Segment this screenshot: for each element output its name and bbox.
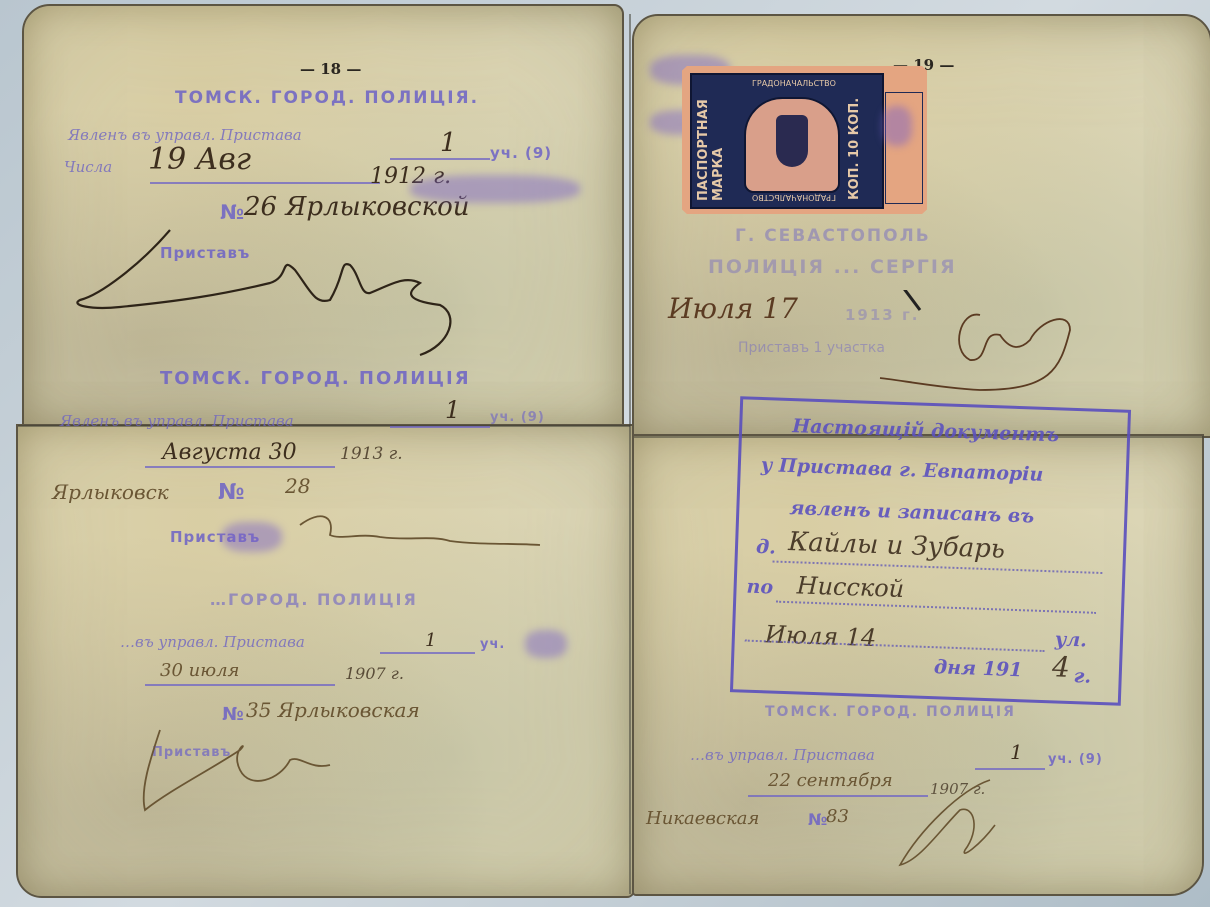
precinct-suffix: уч. (9) — [490, 144, 552, 162]
handwritten-number: 83 — [826, 806, 849, 827]
signature-1 — [60, 215, 480, 365]
handwritten-year: 1913 г. — [340, 444, 403, 464]
stamp-underline — [150, 182, 380, 184]
handwritten-street: Ярлыковск — [52, 480, 169, 504]
box-stamp-line: у Пристава г. Евпаторіи — [761, 454, 1044, 486]
signature-3 — [130, 710, 390, 820]
stamp-value-text: КОП. 10 КОП. — [847, 85, 862, 200]
page-number-18: — 18 — — [300, 60, 361, 78]
handwritten-date: Июля 14 — [765, 620, 877, 652]
ink-smudge — [222, 522, 282, 552]
precinct-suffix: уч. (9) — [1048, 752, 1103, 767]
signature-4 — [860, 290, 1100, 400]
handwritten-date: Июля 17 — [668, 292, 798, 325]
box-stamp-suffix: ул. — [1055, 628, 1088, 651]
handwritten-year: 1907 г. — [345, 664, 404, 683]
box-stamp-prefix: д. — [756, 536, 777, 559]
handwritten-date: 22 сентября — [768, 770, 893, 791]
faded-stamp-line: Г. СЕВАСТОПОЛЬ — [735, 226, 931, 246]
number-label: № — [218, 480, 246, 505]
stamp-title-text: ПАСПОРТНАЯ МАРКА — [696, 81, 726, 201]
handwritten-date: 30 июля — [160, 660, 239, 681]
stamp-underline — [390, 158, 490, 160]
stamp-line-printed: Явленъ въ управл. Пристава — [60, 412, 294, 430]
precinct-suffix: уч. (9) — [490, 410, 545, 425]
stamp-line-printed: …въ управл. Пристава — [690, 746, 875, 764]
box-stamp-prefix: по — [746, 576, 773, 599]
handwritten-date: 19 Авг — [148, 142, 251, 177]
coat-of-arms-emblem — [744, 97, 840, 193]
police-stamp-header: ТОМСК. ГОРОД. ПОЛИЦІЯ — [765, 704, 1016, 720]
stamp-frame: ПАСПОРТНАЯ МАРКА ГРАДОНАЧАЛЬСТВО ГРАДОНА… — [690, 73, 884, 209]
handwritten-precinct: 1 — [445, 396, 460, 424]
registration-box-stamp: Настоящій документъ у Пристава г. Евпато… — [730, 396, 1131, 705]
stamp-underline — [145, 684, 335, 686]
handwritten-date: Августа 30 — [162, 440, 297, 465]
ink-smudge — [525, 630, 567, 658]
precinct-suffix: уч. — [480, 637, 505, 652]
police-stamp-header: …ГОРОД. ПОЛИЦІЯ — [210, 590, 418, 609]
cancel-mark — [882, 106, 912, 146]
ink-smudge — [410, 175, 580, 203]
signature-2 — [280, 505, 560, 565]
handwritten-precinct: 1 — [440, 128, 457, 158]
box-stamp-line: Настоящій документъ — [792, 415, 1060, 446]
handwritten-village: Кайлы и Зубарь — [788, 527, 1006, 565]
box-stamp-suffix: дня 191 — [934, 656, 1023, 681]
handwritten-street: Никаевская — [646, 808, 759, 829]
handwritten-number: 28 — [285, 474, 310, 498]
stamp-underline — [145, 466, 335, 468]
signature-5 — [880, 770, 1020, 880]
stamp-bottom-text: ГРАДОНАЧАЛЬСТВО — [752, 193, 836, 202]
police-stamp-header: ТОМСК. ГОРОД. ПОЛИЦІЯ. — [175, 88, 479, 108]
eagle-icon — [776, 115, 808, 167]
box-stamp-line: явленъ и записанъ въ — [789, 497, 1034, 528]
faded-stamp-line: ПОЛИЦІЯ ... СЕРГІЯ — [708, 256, 957, 278]
stamp-top-text: ГРАДОНАЧАЛЬСТВО — [752, 79, 836, 88]
spine-fold — [629, 14, 631, 894]
passport-revenue-stamp: ПАСПОРТНАЯ МАРКА ГРАДОНАЧАЛЬСТВО ГРАДОНА… — [682, 66, 927, 214]
box-stamp-end: г. — [1073, 665, 1091, 688]
stamp-underline — [390, 426, 490, 428]
stamp-date-label: Числа — [64, 158, 112, 176]
handwritten-year-digit: 4 — [1051, 650, 1070, 684]
stamp-underline — [380, 652, 475, 654]
handwritten-precinct: 1 — [425, 630, 436, 651]
handwritten-street: Нисской — [796, 571, 904, 603]
police-stamp-header: ТОМСК. ГОРОД. ПОЛИЦІЯ — [160, 368, 471, 389]
handwritten-precinct: 1 — [1010, 740, 1023, 764]
dotted-line — [776, 601, 1096, 614]
stamp-line-printed: …въ управл. Пристава — [120, 633, 305, 651]
